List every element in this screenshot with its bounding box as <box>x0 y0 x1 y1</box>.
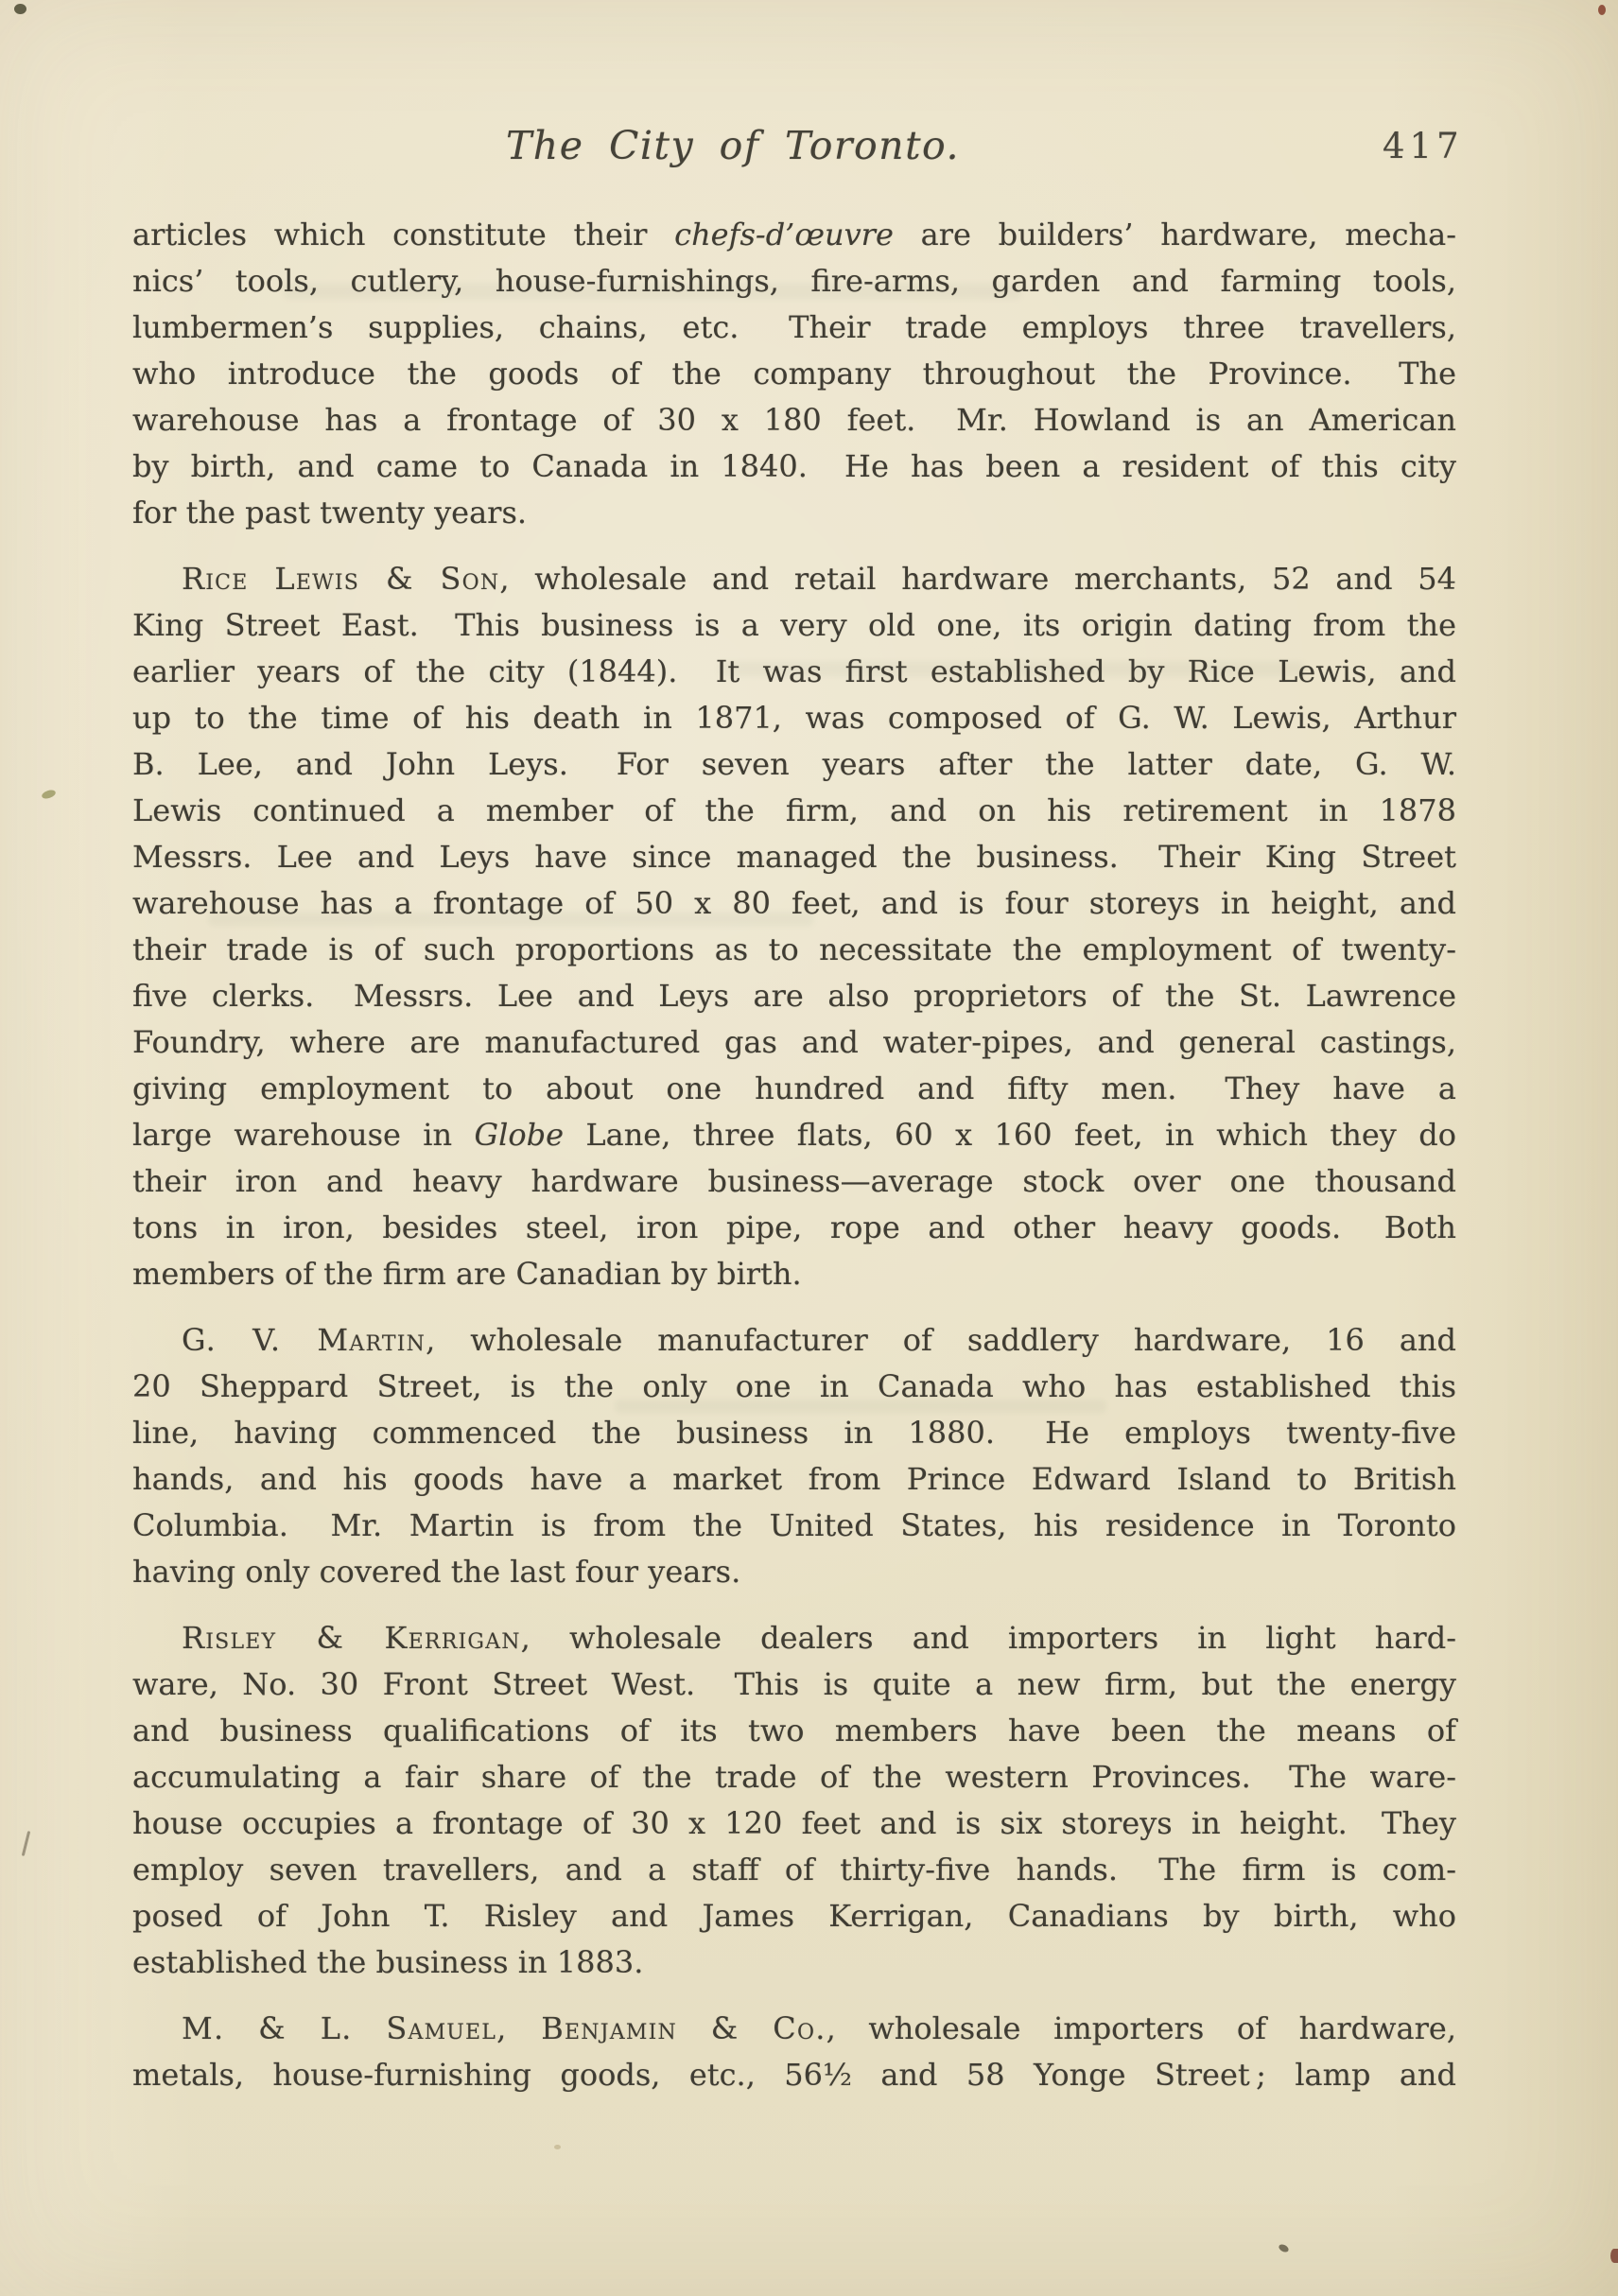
body-text: lumbermen’s supplies, chains, etc. Their… <box>132 309 1456 345</box>
body-text: and business qualifications of its two m… <box>132 1713 1456 1748</box>
book-page: The City of Toronto. 417 articles which … <box>0 0 1618 2296</box>
text-line: their iron and heavy hardware business—a… <box>132 1158 1456 1205</box>
paragraph: Rice Lewis & Son, wholesale and retail h… <box>132 556 1456 1297</box>
text-line: giving employment to about one hundred a… <box>132 1066 1456 1112</box>
text-line: earlier years of the city (1844). It was… <box>132 649 1456 695</box>
text-line: Lewis continued a member of the firm, an… <box>132 788 1456 834</box>
smallcaps-name: M. & L. Samuel, Benjamin & Co. <box>182 2010 826 2046</box>
body-text: for the past twenty years. <box>132 495 527 531</box>
body-text: nics’ tools, cutlery, house-furnishings,… <box>132 263 1456 299</box>
smallcaps-name: G. V. Martin <box>182 1322 426 1358</box>
body-text: Lane, three flats, 60 x 160 feet, in whi… <box>564 1117 1456 1153</box>
body-text: who introduce the goods of the company t… <box>132 356 1456 391</box>
smallcaps-name: Rice Lewis & Son <box>182 561 499 597</box>
text-line: their trade is of such proportions as to… <box>132 927 1456 973</box>
body-text: five clerks. Messrs. Lee and Leys are al… <box>132 978 1456 1014</box>
body-text: giving employment to about one hundred a… <box>132 1070 1456 1106</box>
text-line: 20 Sheppard Street, is the only one in C… <box>132 1364 1456 1410</box>
text-line: five clerks. Messrs. Lee and Leys are al… <box>132 973 1456 1019</box>
text-line: ware, No. 30 Front Street West. This is … <box>132 1661 1456 1708</box>
body-text: Foundry, where are manufactured gas and … <box>132 1024 1456 1060</box>
text-line: tons in iron, besides steel, iron pipe, … <box>132 1205 1456 1251</box>
italic-text: Globe <box>475 1117 564 1153</box>
text-line: King Street East. This business is a ver… <box>132 602 1456 649</box>
body-text: Lewis continued a member of the firm, an… <box>132 792 1456 828</box>
ink-speck <box>1278 2243 1290 2253</box>
text-line: lumbermen’s supplies, chains, etc. Their… <box>132 304 1456 351</box>
body-text: house occupies a frontage of 30 x 120 fe… <box>132 1805 1456 1841</box>
page-number: 417 <box>1383 123 1464 170</box>
body-text: articles which constitute their <box>132 217 674 252</box>
body-text: accumulating a fair share of the trade o… <box>132 1759 1456 1795</box>
body-text: B. Lee, and John Leys. For seven years a… <box>132 746 1456 782</box>
ink-speck <box>1598 5 1606 15</box>
paragraph: Risley & Kerrigan, wholesale dealers and… <box>132 1615 1456 1986</box>
paragraph: articles which constitute their chefs-d’… <box>132 212 1456 536</box>
body-text: metals, house-furnishing goods, etc., 56… <box>132 2057 1456 2093</box>
text-line: for the past twenty years. <box>132 490 1456 536</box>
body-text: established the business in 1883. <box>132 1944 643 1980</box>
body-text: up to the time of his death in 1871, was… <box>132 700 1456 736</box>
smallcaps-name: Risley & Kerrigan <box>182 1620 521 1656</box>
text-line: house occupies a frontage of 30 x 120 fe… <box>132 1800 1456 1847</box>
text-line: Foundry, where are manufactured gas and … <box>132 1019 1456 1066</box>
text-line: by birth, and came to Canada in 1840. He… <box>132 444 1456 490</box>
text-line: warehouse has a frontage of 30 x 180 fee… <box>132 397 1456 444</box>
body-text: ware, No. 30 Front Street West. This is … <box>132 1666 1456 1702</box>
text-line: accumulating a fair share of the trade o… <box>132 1754 1456 1800</box>
body-text: are builders’ hardware, mecha- <box>894 217 1456 252</box>
paragraph: M. & L. Samuel, Benjamin & Co., wholesal… <box>132 2006 1456 2098</box>
body-text: having only covered the last four years. <box>132 1554 740 1590</box>
text-line: established the business in 1883. <box>132 1939 1456 1986</box>
text-line: warehouse has a frontage of 50 x 80 feet… <box>132 880 1456 927</box>
text-line: nics’ tools, cutlery, house-furnishings,… <box>132 258 1456 304</box>
text-line: and business qualifications of its two m… <box>132 1708 1456 1754</box>
page-body: articles which constitute their chefs-d’… <box>132 212 1456 2118</box>
body-text: large warehouse in <box>132 1117 475 1153</box>
body-text: their trade is of such proportions as to… <box>132 931 1456 967</box>
body-text: , wholesale manufacturer of saddlery har… <box>426 1322 1456 1358</box>
body-text: Messrs. Lee and Leys have since managed … <box>132 839 1456 875</box>
running-head: The City of Toronto. <box>132 121 1333 170</box>
body-text: tons in iron, besides steel, iron pipe, … <box>132 1209 1456 1245</box>
body-text: line, having commenced the business in 1… <box>132 1415 1456 1451</box>
text-line: Columbia. Mr. Martin is from the United … <box>132 1503 1456 1549</box>
text-line: who introduce the goods of the company t… <box>132 351 1456 397</box>
text-line: articles which constitute their chefs-d’… <box>132 212 1456 258</box>
body-text: earlier years of the city (1844). It was… <box>132 653 1456 689</box>
pen-mark <box>22 1831 30 1856</box>
body-text: , wholesale dealers and importers in lig… <box>521 1620 1456 1656</box>
ink-speck <box>41 789 57 800</box>
body-text: , wholesale importers of hardware, <box>826 2010 1456 2046</box>
text-line: employ seven travellers, and a staff of … <box>132 1847 1456 1893</box>
italic-text: chefs-d’œuvre <box>674 217 894 252</box>
text-line: posed of John T. Risley and James Kerrig… <box>132 1893 1456 1939</box>
text-line: Rice Lewis & Son, wholesale and retail h… <box>132 556 1456 602</box>
text-line: members of the firm are Canadian by birt… <box>132 1251 1456 1297</box>
ink-speck <box>14 4 26 14</box>
text-line: M. & L. Samuel, Benjamin & Co., wholesal… <box>132 2006 1456 2052</box>
body-text: employ seven travellers, and a staff of … <box>132 1852 1456 1887</box>
body-text: members of the firm are Canadian by birt… <box>132 1256 802 1292</box>
body-text: by birth, and came to Canada in 1840. He… <box>132 448 1456 484</box>
page-title: The City of Toronto. <box>506 123 960 168</box>
body-text: warehouse has a frontage of 30 x 180 fee… <box>132 402 1456 438</box>
text-line: metals, house-furnishing goods, etc., 56… <box>132 2052 1456 2098</box>
body-text: King Street East. This business is a ver… <box>132 607 1456 643</box>
text-line: line, having commenced the business in 1… <box>132 1410 1456 1456</box>
text-line: hands, and his goods have a market from … <box>132 1456 1456 1503</box>
text-line: G. V. Martin, wholesale manufacturer of … <box>132 1317 1456 1364</box>
text-line: Messrs. Lee and Leys have since managed … <box>132 834 1456 880</box>
paragraph: G. V. Martin, wholesale manufacturer of … <box>132 1317 1456 1595</box>
body-text: 20 Sheppard Street, is the only one in C… <box>132 1368 1456 1404</box>
body-text: warehouse has a frontage of 50 x 80 feet… <box>132 885 1456 921</box>
text-line: large warehouse in Globe Lane, three fla… <box>132 1112 1456 1158</box>
text-line: Risley & Kerrigan, wholesale dealers and… <box>132 1615 1456 1661</box>
text-line: having only covered the last four years. <box>132 1549 1456 1595</box>
body-text: posed of John T. Risley and James Kerrig… <box>132 1898 1456 1934</box>
body-text: , wholesale and retail hardware merchant… <box>499 561 1456 597</box>
body-text: Columbia. Mr. Martin is from the United … <box>132 1507 1456 1543</box>
text-line: up to the time of his death in 1871, was… <box>132 695 1456 741</box>
paper-fleck <box>554 2145 561 2149</box>
ink-speck <box>1610 2249 1618 2263</box>
text-line: B. Lee, and John Leys. For seven years a… <box>132 741 1456 788</box>
body-text: hands, and his goods have a market from … <box>132 1461 1456 1497</box>
body-text: their iron and heavy hardware business—a… <box>132 1163 1456 1199</box>
